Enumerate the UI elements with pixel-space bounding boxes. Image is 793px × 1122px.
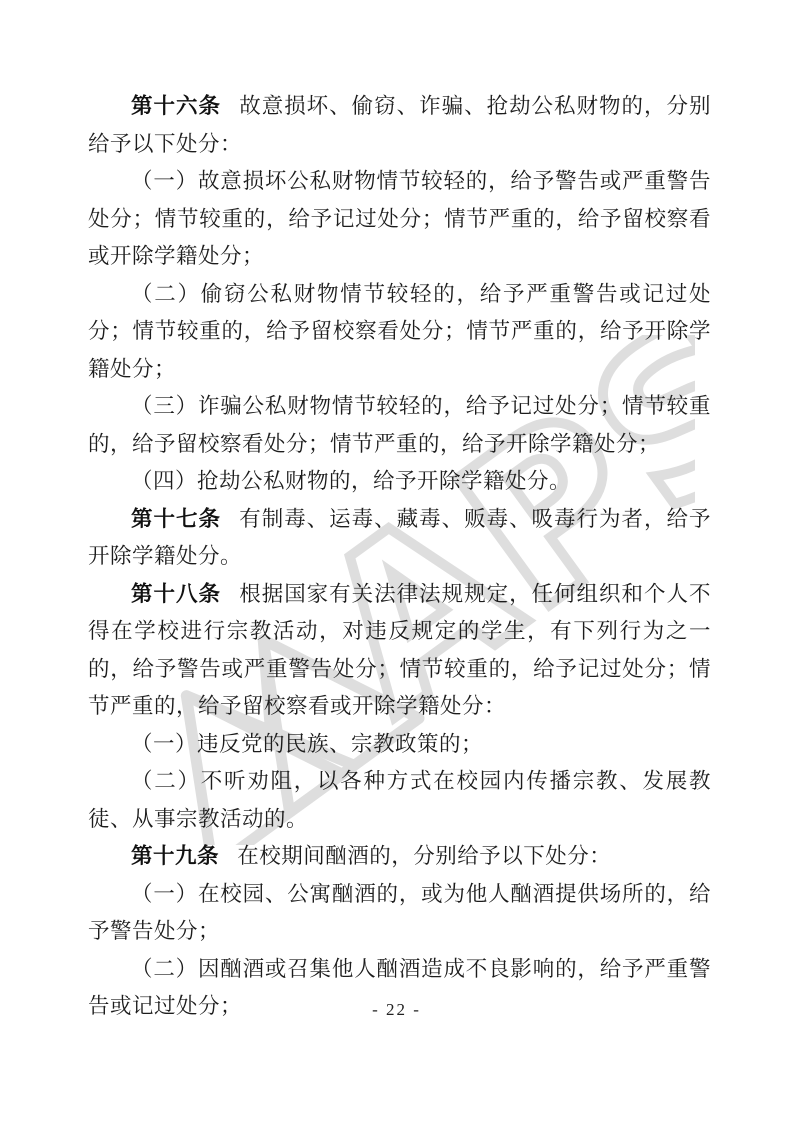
paragraph: （三）诈骗公私财物情节较轻的，给予记过处分；情节较重的，给予留校察看处分；情节严… [88, 388, 711, 463]
article-number: 第十九条 [131, 844, 219, 868]
paragraph-text: 在校期间酗酒的，分别给予以下处分： [237, 844, 611, 868]
paragraph-text: （一）违反党的民族、宗教政策的； [131, 732, 483, 756]
paragraph: （二）偷窃公私财物情节较轻的，给予严重警告或记过处分；情节较重的，给予留校察看处… [88, 276, 711, 389]
paragraph: 第十六条故意损坏、偷窃、诈骗、抢劫公私财物的，分别给予以下处分： [88, 88, 711, 163]
paragraph: 第十七条有制毒、运毒、藏毒、贩毒、吸毒行为者，给予开除学籍处分。 [88, 501, 711, 576]
page-number: - 22 - [0, 1000, 793, 1020]
article-number: 第十七条 [131, 507, 221, 531]
paragraph-text: （二）偷窃公私财物情节较轻的，给予严重警告或记过处分；情节较重的，给予留校察看处… [88, 282, 711, 381]
paragraph-text: （一）在校园、公寓酗酒的，或为他人酗酒提供场所的，给予警告处分； [88, 882, 711, 944]
article-number: 第十八条 [131, 582, 221, 606]
document-page: APS 第十六条故意损坏、偷窃、诈骗、抢劫公私财物的，分别给予以下处分：（一）故… [0, 0, 793, 1122]
paragraph-text: （二）不听劝阻，以各种方式在校园内传播宗教、发展教徒、从事宗教活动的。 [88, 769, 711, 831]
paragraph: （二）不听劝阻，以各种方式在校园内传播宗教、发展教徒、从事宗教活动的。 [88, 763, 711, 838]
paragraph: （四）抢劫公私财物的，给予开除学籍处分。 [88, 463, 711, 501]
paragraph: （一）故意损坏公私财物情节较轻的，给予警告或严重警告处分；情节较重的，给予记过处… [88, 163, 711, 276]
document-body: 第十六条故意损坏、偷窃、诈骗、抢劫公私财物的，分别给予以下处分：（一）故意损坏公… [88, 88, 711, 1026]
paragraph: 第十九条在校期间酗酒的，分别给予以下处分： [88, 838, 711, 876]
paragraph: （一）在校园、公寓酗酒的，或为他人酗酒提供场所的，给予警告处分； [88, 876, 711, 951]
paragraph: 第十八条根据国家有关法律法规规定，任何组织和个人不得在学校进行宗教活动，对违反规… [88, 576, 711, 726]
paragraph-text: （四）抢劫公私财物的，给予开除学籍处分。 [131, 469, 571, 493]
paragraph-text: （三）诈骗公私财物情节较轻的，给予记过处分；情节较重的，给予留校察看处分；情节严… [88, 394, 711, 456]
paragraph: （一）违反党的民族、宗教政策的； [88, 726, 711, 764]
paragraph-text: （一）故意损坏公私财物情节较轻的，给予警告或严重警告处分；情节较重的，给予记过处… [88, 169, 711, 268]
article-number: 第十六条 [131, 94, 221, 118]
